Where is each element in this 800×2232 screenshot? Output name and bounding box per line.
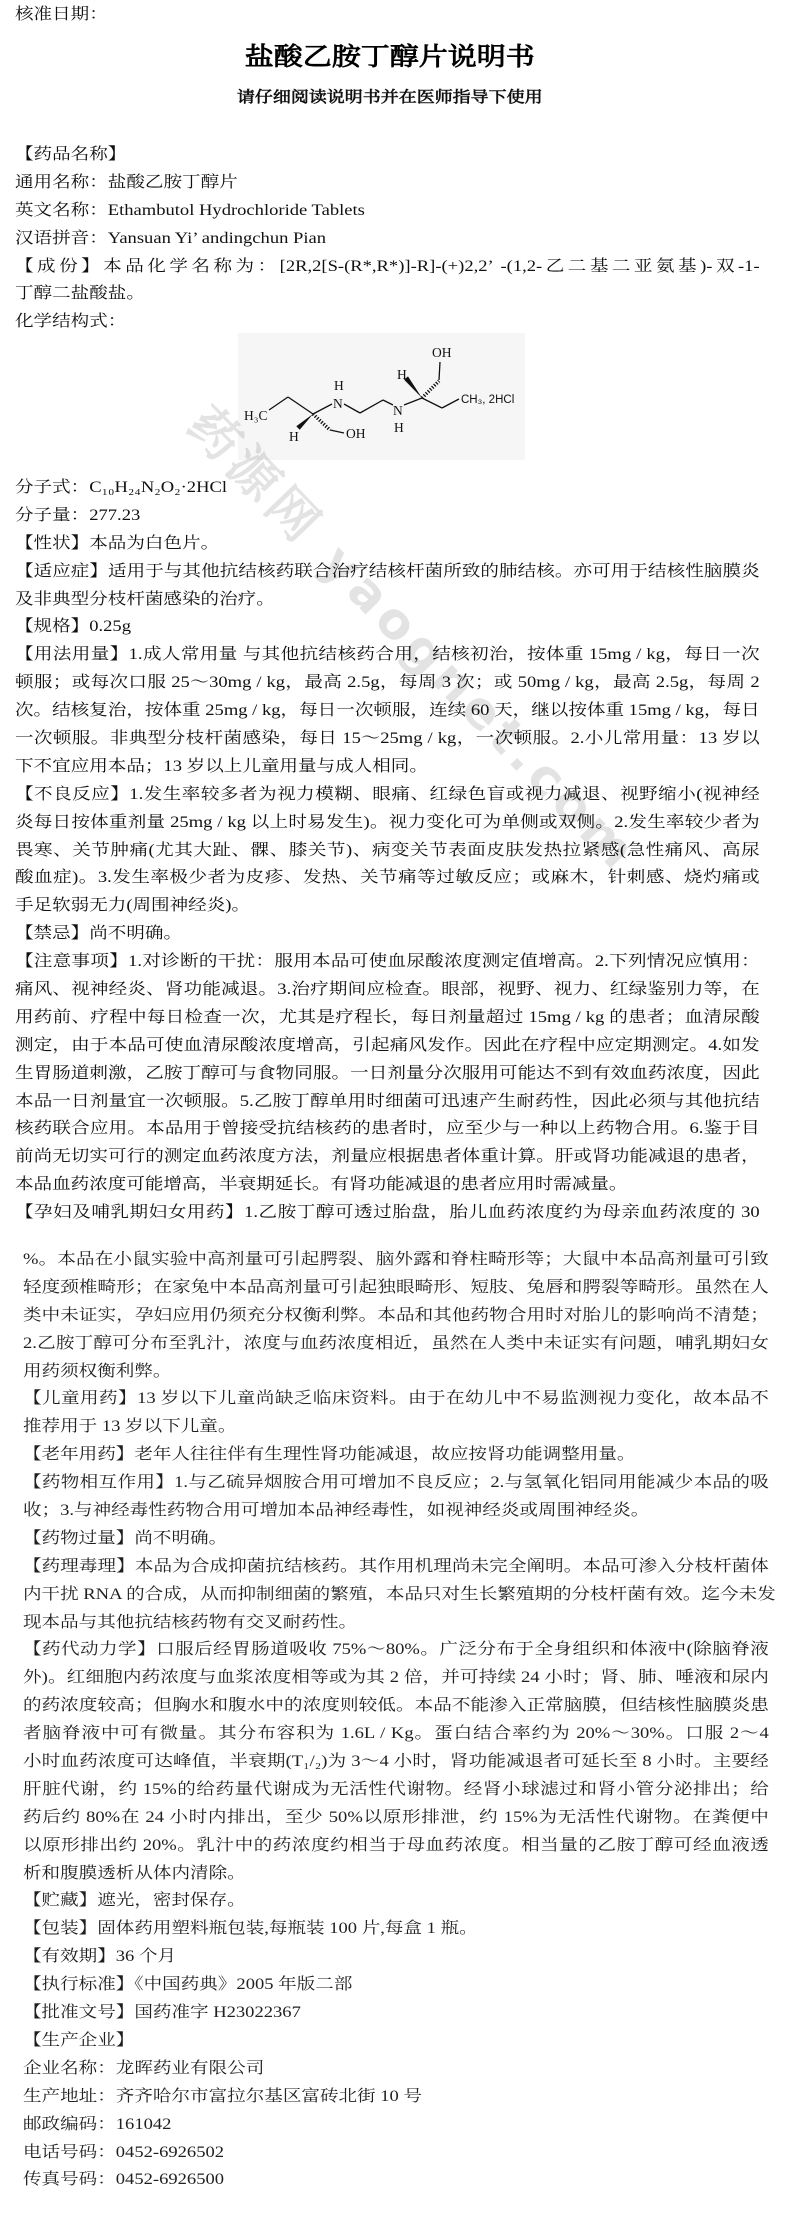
section-text-line: 手足软弱无力(周围神经炎)。 [15,892,760,920]
section-heading: 【适应症】 [15,563,108,580]
field-label: 英文名称： [15,202,108,219]
address-row: 生产地址：齐齐哈尔市富拉尔基区富砖北街 10 号 [23,2083,769,2111]
section-pharmacokinetics: 【药代动力学】口服后经胃肠道吸收 75%～80%。广泛分布于全身组织和体液中(除… [23,1636,769,1664]
section-text: 本品为白色片。 [89,535,219,552]
main-sections-block: 分子式：C₁₀H₂₄N₂O₂·2HCl 分子量：277.23 【性状】本品为白色… [15,474,760,1227]
field-label: 生产地址： [23,2088,116,2105]
postal-code-row: 邮政编码：161042 [23,2111,769,2139]
field-label: 分子量： [15,507,89,524]
section-text-line: 推荐用于 13 岁以下儿童。 [23,1413,769,1441]
document-subtitle: 请仔细阅读说明书并在医师指导下使用 [0,88,780,108]
section-heading: 【有效期】 [23,1948,116,1965]
section-text-line: 本品一日剂量宜一次顿服。5.乙胺丁醇单用时细菌可迅速产生耐药性，因此必须与其他抗… [15,1088,760,1116]
section-pharmacology-toxicology: 【药理毒理】本品为合成抑菌抗结核药。其作用机理尚未完全阐明。本品可渗入分枝杆菌体 [23,1553,769,1581]
section-text-line: 药后约 80%在 24 小时内排出，至少 50%以原形排泄，约 15%为无活性代… [23,1804,769,1832]
section-specification: 【规格】0.25g [15,613,760,641]
section-text-line: 测定，由于本品可使血清尿酸浓度增高，引起痛风发作。因此在疗程中应定期测定。4.如… [15,1032,760,1060]
section-heading: 【不良反应】 [15,786,129,803]
section-text-line: 生胃肠道刺激，乙胺丁醇可与食物同服。一日剂量分次服用可能达不到有效血药浓度，因此 [15,1060,760,1088]
section-heading: 【包装】 [23,1920,97,1937]
section-text-line: 前尚无切实可行的测定血药浓度方法，剂量应根据患者体重计算。肝或肾功能减退的患者， [15,1143,760,1171]
section-text: 遮光，密封保存。 [97,1892,245,1909]
section-text-line: 一次顿服。非典型分枝杆菌感染，每日 15～25mg / kg，一次顿服。2.小儿… [15,725,760,753]
section-text: 1.乙胺丁醇可透过胎盘，胎儿血药浓度约为母亲血药浓度的 30 [244,1204,760,1221]
section-text: 1.发生率较多者为视力模糊、眼痛、红绿色盲或视力减退、视野缩小(视神经 [129,786,759,803]
section-text: 适用于与其他抗结核药联合治疗结核杆菌所致的肺结核。亦可用于结核性脑膜炎 [108,563,760,580]
section-text: 尚不明确。 [89,925,182,942]
section-drug-interactions: 【药物相互作用】1.与乙硫异烟胺合用可增加不良反应；2.与氢氧化铝同用能减少本品… [23,1469,769,1497]
section-text: 老年人往往伴有生理性肾功能减退，故应按肾功能调整用量。 [134,1446,635,1463]
section-text-line: 及非典型分枝杆菌感染的治疗。 [15,586,760,614]
section-text: 1.与乙硫异烟胺合用可增加不良反应；2.与氢氧化铝同用能减少本品的吸 [174,1474,769,1491]
section-heading: 【孕妇及哺乳期妇女用药】 [15,1204,244,1221]
section-heading: 【批准文号】 [23,2004,134,2021]
section-heading: 【成份】 [15,258,103,275]
section-text-line: 肝脏代谢，约 15%的给药量代谢成为无活性代谢物。经肾小球滤过和肾小管分泌排出；… [23,1776,769,1804]
section-text: 口服后经胃肠道吸收 75%～80%。广泛分布于全身组织和体液中(除脑脊液 [156,1641,769,1658]
approval-date-label: 核准日期： [15,1,108,29]
molecular-formula: C₁₀H₂₄N₂O₂·2HCl [89,479,227,496]
section-adverse-reactions: 【不良反应】1.发生率较多者为视力模糊、眼痛、红绿色盲或视力减退、视野缩小(视神… [15,781,760,809]
company-name-row: 企业名称：龙晖药业有限公司 [23,2055,769,2083]
section-heading-drug-name: 【药品名称】 [15,141,760,169]
section-composition: 【成份】本品化学名称为：[2R,2[S-(R*,R*)]-R]-(+)2,2’ … [15,253,760,281]
section-text-line: 外)。红细胞内药浓度与血浆浓度相等或为其 2 倍，并可持续 24 小时；肾、肺、… [23,1664,769,1692]
section-text-line: 核药联合应用。本品用于曾接受抗结核药的患者时，应至少与一种以上药物合用。6.鉴于… [15,1115,760,1143]
section-text-line: 本品血药浓度可能增高，半衰期延长。有肾功能减退的患者应用时需减量。 [15,1171,760,1199]
section-text: 国药准字 H23022367 [134,2004,301,2021]
section-heading: 【规格】 [15,618,89,635]
field-label: 邮政编码： [23,2116,116,2133]
section-standard: 【执行标准】《中国药典》2005 年版二部 [23,1971,769,1999]
section-geriatric-use: 【老年用药】老年人往往伴有生理性肾功能减退，故应按肾功能调整用量。 [23,1441,769,1469]
section-text-line: 析和腹膜透析从体内清除。 [23,1860,769,1888]
section-text-line: 者脑脊液中可有微量。其分布容积为 1.6L / Kg。蛋白结合率约为 20%～3… [23,1720,769,1748]
section-properties: 【性状】本品为白色片。 [15,530,760,558]
section-heading: 【儿童用药】 [23,1390,137,1407]
section-heading: 【药物相互作用】 [23,1474,174,1491]
section-overdose: 【药物过量】尚不明确。 [23,1525,769,1553]
section-text-line: 痛风、视神经炎、肾功能减退。3.治疗期间应检查。眼部，视野、视力、红绿鉴别力等，… [15,976,760,1004]
section-text-line: %。本品在小鼠实验中高剂量可引起腭裂、脑外露和脊柱畸形等；大鼠中本品高剂量可引致 [23,1246,769,1274]
field-label: 汉语拼音： [15,230,108,247]
molecular-formula-row: 分子式：C₁₀H₂₄N₂O₂·2HCl [15,474,760,502]
section-heading: 【禁忌】 [15,925,89,942]
field-value: 0452-6926502 [116,2144,224,2161]
section-text-line: 以原形排出约 20%。乳汁中的药浓度约相当于母血药浓度。相当量的乙胺丁醇可经血液… [23,1832,769,1860]
field-label: 分子式： [15,479,89,496]
section-heading: 【贮藏】 [23,1892,97,1909]
section-text-line: 的药浓度较高；但胸水和腹水中的浓度则较低。本品不能渗入正常脑膜，但结核性脑膜炎患 [23,1692,769,1720]
field-label: 电话号码： [23,2144,116,2161]
section-text: 1.成人常用量 与其他抗结核药合用，结核初治，按体重 15mg / kg，每日一… [129,646,760,663]
section-heading: 【老年用药】 [23,1446,134,1463]
molecular-weight-row: 分子量：277.23 [15,502,760,530]
section-text-line: 下不宜应用本品；13 岁以上儿童用量与成人相同。 [15,753,760,781]
section-packaging: 【包装】固体药用塑料瓶包装,每瓶装 100 片,每盒 1 瓶。 [23,1915,769,1943]
section-text: 0.25g [89,618,131,635]
section-storage: 【贮藏】遮光，密封保存。 [23,1887,769,1915]
section-heading: 【性状】 [15,535,89,552]
document-title: 盐酸乙胺丁醇片说明书 [0,42,780,72]
section-text-line: 炎每日按体重剂量 25mg / kg 以上时易发生)。视力变化可为单侧或双侧。2… [15,809,760,837]
section-indications: 【适应症】适用于与其他抗结核药联合治疗结核杆菌所致的肺结核。亦可用于结核性脑膜炎 [15,558,760,586]
section-approval-number: 【批准文号】国药准字 H23022367 [23,1999,769,2027]
package-insert-document: 核准日期： 盐酸乙胺丁醇片说明书 请仔细阅读说明书并在医师指导下使用 【药品名称… [0,0,800,2232]
section-text-line: 畏寒、关节肿痛(尤其大趾、髁、膝关节)、病变关节表面皮肤发热拉紧感(急性痛风、高… [15,837,760,865]
section-text: 本品化学名称为：[2R,2[S-(R*,R*)]-R]-(+)2,2’ -(1,… [103,258,759,275]
field-value: 161042 [116,2116,172,2133]
continued-sections-block: %。本品在小鼠实验中高剂量可引起腭裂、脑外露和脊柱畸形等；大鼠中本品高剂量可引致… [23,1246,769,2194]
section-text-line: 现本品与其他抗结核药物有交叉耐药性。 [23,1609,769,1637]
section-pediatric-use: 【儿童用药】13 岁以下儿童尚缺乏临床资料。由于在幼儿中不易监测视力变化，故本品… [23,1385,769,1413]
drug-name-composition-block: 【药品名称】 通用名称：盐酸乙胺丁醇片 英文名称：Ethambutol Hydr… [15,141,760,336]
section-text: 13 岁以下儿童尚缺乏临床资料。由于在幼儿中不易监测视力变化，故本品不 [137,1390,769,1407]
section-text-line: 内干扰 RNA 的合成，从而抑制细菌的繁殖，本品只对生长繁殖期的分枝杆菌有效。迄… [23,1581,769,1609]
field-value: Ethambutol Hydrochloride Tablets [108,202,365,219]
pinyin-name-row: 汉语拼音：Yansuan Yi’ andingchun Pian [15,225,760,253]
english-name-row: 英文名称：Ethambutol Hydrochloride Tablets [15,197,760,225]
section-heading-manufacturer: 【生产企业】 [23,2027,769,2055]
section-shelf-life: 【有效期】36 个月 [23,1943,769,1971]
section-text-line: 用药须权衡利弊。 [23,1358,769,1386]
section-text-line: 次。结核复治，按体重 25mg / kg，每日一次顿服，连续 60 天，继以按体… [15,697,760,725]
section-heading: 【注意事项】 [15,953,128,970]
section-pregnancy-lactation: 【孕妇及哺乳期妇女用药】1.乙胺丁醇可透过胎盘，胎儿血药浓度约为母亲血药浓度的 … [15,1199,760,1227]
field-label: 通用名称： [15,174,108,191]
section-text: 本品为合成抑菌抗结核药。其作用机理尚未完全阐明。本品可渗入分枝杆菌体 [135,1558,769,1575]
section-heading: 【药理毒理】 [23,1558,135,1575]
field-value: 0452-6926500 [116,2171,224,2188]
structure-label: 化学结构式： [15,308,760,336]
section-heading: 【执行标准】 [23,1976,134,1993]
fax-row: 传真号码：0452-6926500 [23,2166,769,2194]
section-text-line: 轻度颈椎畸形；在家兔中本品高剂量可引起独眼畸形、短肢、兔唇和腭裂等畸形。虽然在人 [23,1274,769,1302]
field-label: 传真号码： [23,2171,116,2188]
generic-name-row: 通用名称：盐酸乙胺丁醇片 [15,169,760,197]
section-contraindications: 【禁忌】尚不明确。 [15,920,760,948]
molecular-weight: 277.23 [89,507,140,524]
section-text: 固体药用塑料瓶包装,每瓶装 100 片,每盒 1 瓶。 [97,1920,477,1937]
section-text-line: 小时血药浓度可达峰值，半衰期(T₁/₂)为 3～4 小时，肾功能减退者可延长至 … [23,1748,769,1776]
section-text-line: 收；3.与神经毒性药物合用可增加本品神经毒性，如视神经炎或周围神经炎。 [23,1497,769,1525]
section-precautions: 【注意事项】1.对诊断的干扰：服用本品可使血尿酸浓度测定值增高。2.下列情况应慎… [15,948,760,976]
field-value: 龙晖药业有限公司 [116,2060,264,2077]
section-heading: 【药物过量】 [23,1530,134,1547]
section-heading: 【用法用量】 [15,646,129,663]
section-text-line: 酸血症)。3.发生率极少者为皮疹、发热、关节痛等过敏反应；或麻木，针刺感、烧灼痛… [15,864,760,892]
field-value: 盐酸乙胺丁醇片 [108,174,238,191]
section-text-line: 用药前、疗程中每日检查一次，尤其是疗程长，每日剂量超过 15mg / kg 的患… [15,1004,760,1032]
section-text: 1.对诊断的干扰：服用本品可使血尿酸浓度测定值增高。2.下列情况应慎用： [128,953,760,970]
section-text-line: 顿服；或每次口服 25～30mg / kg，最高 2.5g，每周 3 次；或 5… [15,669,760,697]
section-text: 尚不明确。 [134,1530,227,1547]
section-text-line: 2.乙胺丁醇可分布至乳汁，浓度与血药浓度相近，虽然在人类中未证实有问题，哺乳期妇… [23,1330,769,1358]
section-dosage: 【用法用量】1.成人常用量 与其他抗结核药合用，结核初治，按体重 15mg / … [15,641,760,669]
phone-row: 电话号码：0452-6926502 [23,2139,769,2167]
section-text: 《中国药典》2005 年版二部 [134,1976,352,1993]
section-text-line: 丁醇二盐酸盐。 [15,280,760,308]
section-text-line: 类中未证实，孕妇应用仍须充分权衡利弊。本品和其他药物合用时对胎儿的影响尚不清楚； [23,1302,769,1330]
section-heading: 【药代动力学】 [23,1641,156,1658]
field-value: Yansuan Yi’ andingchun Pian [108,230,326,247]
section-text: 36 个月 [116,1948,176,1965]
field-label: 企业名称： [23,2060,116,2077]
field-value: 齐齐哈尔市富拉尔基区富砖北街 10 号 [116,2088,422,2105]
